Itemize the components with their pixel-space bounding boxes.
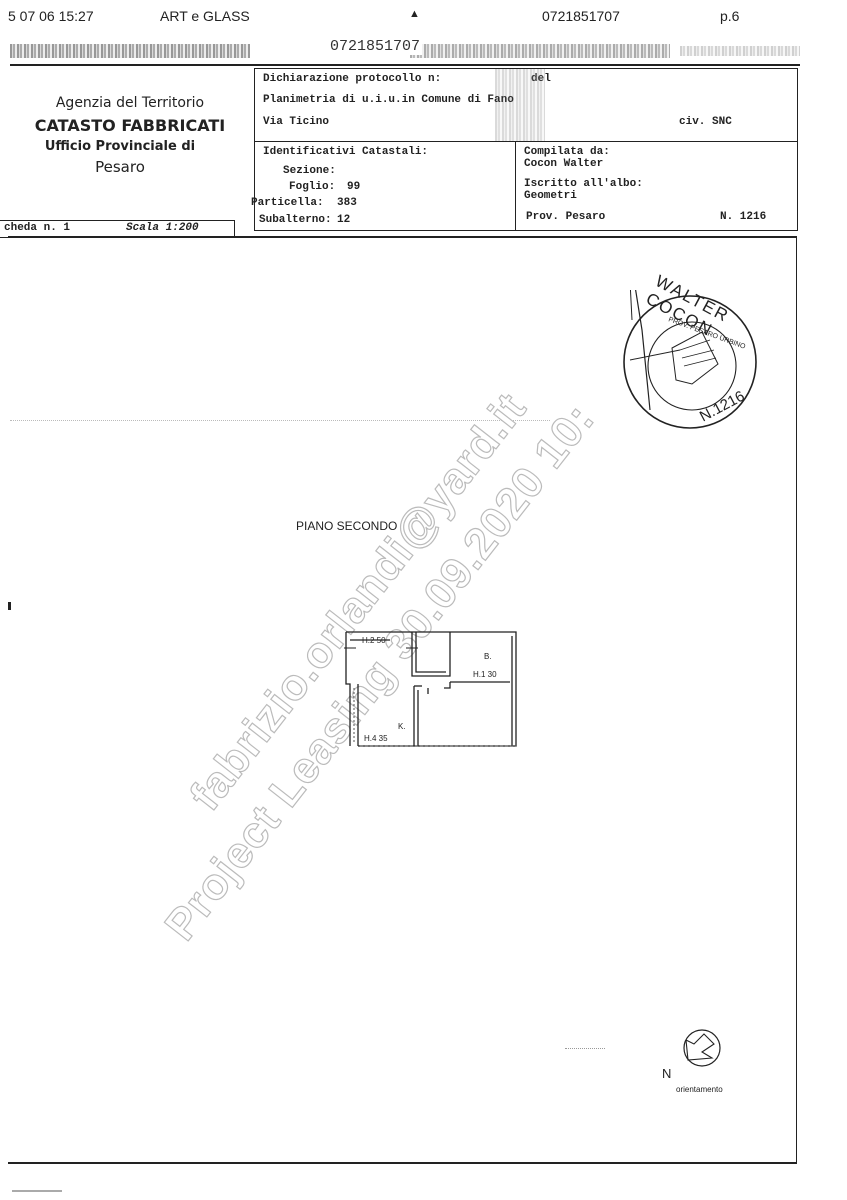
orientation-caption: orientamento	[676, 1085, 723, 1094]
room-b-label: B.	[484, 652, 492, 661]
compiler-province: Prov. Pesaro	[526, 211, 605, 223]
floor-plan: H.2 50 B. H.1 30 K. H.4 35	[340, 628, 520, 748]
height-label-2: H.1 30	[473, 670, 497, 679]
address: Via Ticino	[263, 116, 329, 128]
compiler-number: N. 1216	[720, 211, 766, 223]
north-compass-icon	[678, 1028, 726, 1068]
particella-label: Particella:	[251, 197, 324, 209]
height-label-1: H.2 50	[362, 636, 386, 645]
foglio-label: Foglio:	[289, 181, 335, 193]
strip-number: 0721851707	[328, 38, 422, 55]
room-k-label: K.	[398, 722, 406, 731]
planimetria-label: Planimetria di u.i.u.in Comune di Fano	[263, 94, 514, 106]
scan-mark	[8, 602, 11, 610]
identifiers-box: Identificativi Catastali: Sezione: Fogli…	[254, 141, 516, 231]
foglio-value: 99	[347, 181, 360, 193]
compiler-box: Compilata da: Cocon Walter Iscritto all'…	[515, 141, 798, 231]
subalterno-label: Subalterno:	[259, 214, 332, 226]
agency-line1: Agenzia del Territorio	[20, 95, 240, 111]
declaration-box: Dichiarazione protocollo n: del Planimet…	[254, 68, 798, 142]
drawing-top-rule	[8, 236, 796, 238]
identifiers-heading: Identificativi Catastali:	[263, 146, 428, 158]
scan-noise	[680, 46, 800, 56]
scan-noise	[410, 44, 670, 58]
fax-sender: ART e GLASS	[160, 8, 250, 24]
floor-label: PIANO SECONDO	[296, 519, 397, 533]
scala-label: Scala 1:200	[126, 222, 199, 234]
sezione-label: Sezione:	[283, 165, 336, 177]
north-label: N	[662, 1066, 671, 1081]
agency-line4: Pesaro	[20, 158, 220, 176]
compiler-name: Cocon Walter	[524, 158, 603, 170]
albo-label: Iscritto all'albo:	[524, 178, 643, 190]
scheda-label: cheda n. 1	[4, 222, 70, 234]
fax-page: p.6	[720, 8, 739, 24]
agency-line2: CATASTO FABBRICATI	[20, 116, 240, 135]
protocol-label: Dichiarazione protocollo n:	[263, 73, 441, 85]
surveyor-stamp: WALTER COCON PROV. PESARO URBINO N.1216	[610, 290, 760, 430]
fax-phone: 0721851707	[542, 8, 620, 24]
particella-value: 383	[337, 197, 357, 209]
civic-number: civ. SNC	[679, 116, 732, 128]
compiler-label: Compilata da:	[524, 146, 610, 158]
header-top-rule	[10, 64, 800, 66]
height-label-3: H.4 35	[364, 734, 388, 743]
subalterno-value: 12	[337, 214, 350, 226]
albo-value: Geometri	[524, 190, 577, 202]
scan-line	[565, 1048, 605, 1049]
fax-marker-icon: ▲	[409, 8, 420, 20]
scan-noise	[10, 44, 250, 58]
fax-datetime: 5 07 06 15:27	[8, 8, 94, 24]
scan-noise	[495, 69, 545, 141]
footer-microtext	[12, 1190, 62, 1192]
agency-line3: Ufficio Provinciale di	[20, 139, 220, 154]
